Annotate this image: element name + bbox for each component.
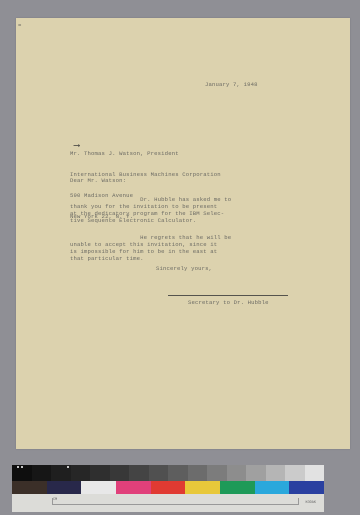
margin-mark: = xyxy=(18,22,22,29)
color-patch xyxy=(47,481,82,494)
gray-patch xyxy=(285,465,305,481)
gray-patch xyxy=(32,465,52,481)
signature-line xyxy=(168,295,288,296)
color-patch xyxy=(151,481,186,494)
color-patch xyxy=(220,481,255,494)
paragraph-2: He regrets that he will be unable to acc… xyxy=(70,234,231,262)
gray-patch xyxy=(207,465,227,481)
gray-patch xyxy=(246,465,266,481)
gray-patch xyxy=(266,465,286,481)
color-calibration-chart: CM KODAK xyxy=(12,465,324,512)
color-patch xyxy=(81,481,116,494)
color-patch xyxy=(12,481,47,494)
gray-patch xyxy=(227,465,247,481)
paragraph-1: Dr. Hubble has asked me to thank you for… xyxy=(70,196,231,224)
gray-patch xyxy=(110,465,130,481)
color-patch-row xyxy=(12,481,324,494)
color-patch xyxy=(116,481,151,494)
recipient-line: Mr. Thomas J. Watson, President xyxy=(70,150,221,157)
marker-dot xyxy=(21,466,23,468)
marker-dot xyxy=(67,466,69,468)
salutation: Dear Mr. Watson: xyxy=(70,177,126,184)
gray-patch xyxy=(188,465,208,481)
signature: Secretary to Dr. Hubble xyxy=(188,299,269,306)
letter-date: January 7, 1948 xyxy=(205,81,258,88)
color-patch xyxy=(185,481,220,494)
color-patch xyxy=(289,481,324,494)
ruler: CM KODAK xyxy=(12,494,324,512)
ruler-end-label: KODAK xyxy=(305,501,316,505)
gray-patch xyxy=(71,465,91,481)
gray-patch xyxy=(305,465,325,481)
gray-scale-row xyxy=(12,465,324,481)
ruler-scale: CM xyxy=(52,498,299,505)
gray-patch xyxy=(90,465,110,481)
ruler-label: CM xyxy=(53,498,57,502)
gray-patch xyxy=(129,465,149,481)
gray-patch xyxy=(149,465,169,481)
gray-patch xyxy=(168,465,188,481)
closing: Sincerely yours, xyxy=(156,265,212,272)
color-patch xyxy=(255,481,290,494)
marker-dot xyxy=(17,466,19,468)
